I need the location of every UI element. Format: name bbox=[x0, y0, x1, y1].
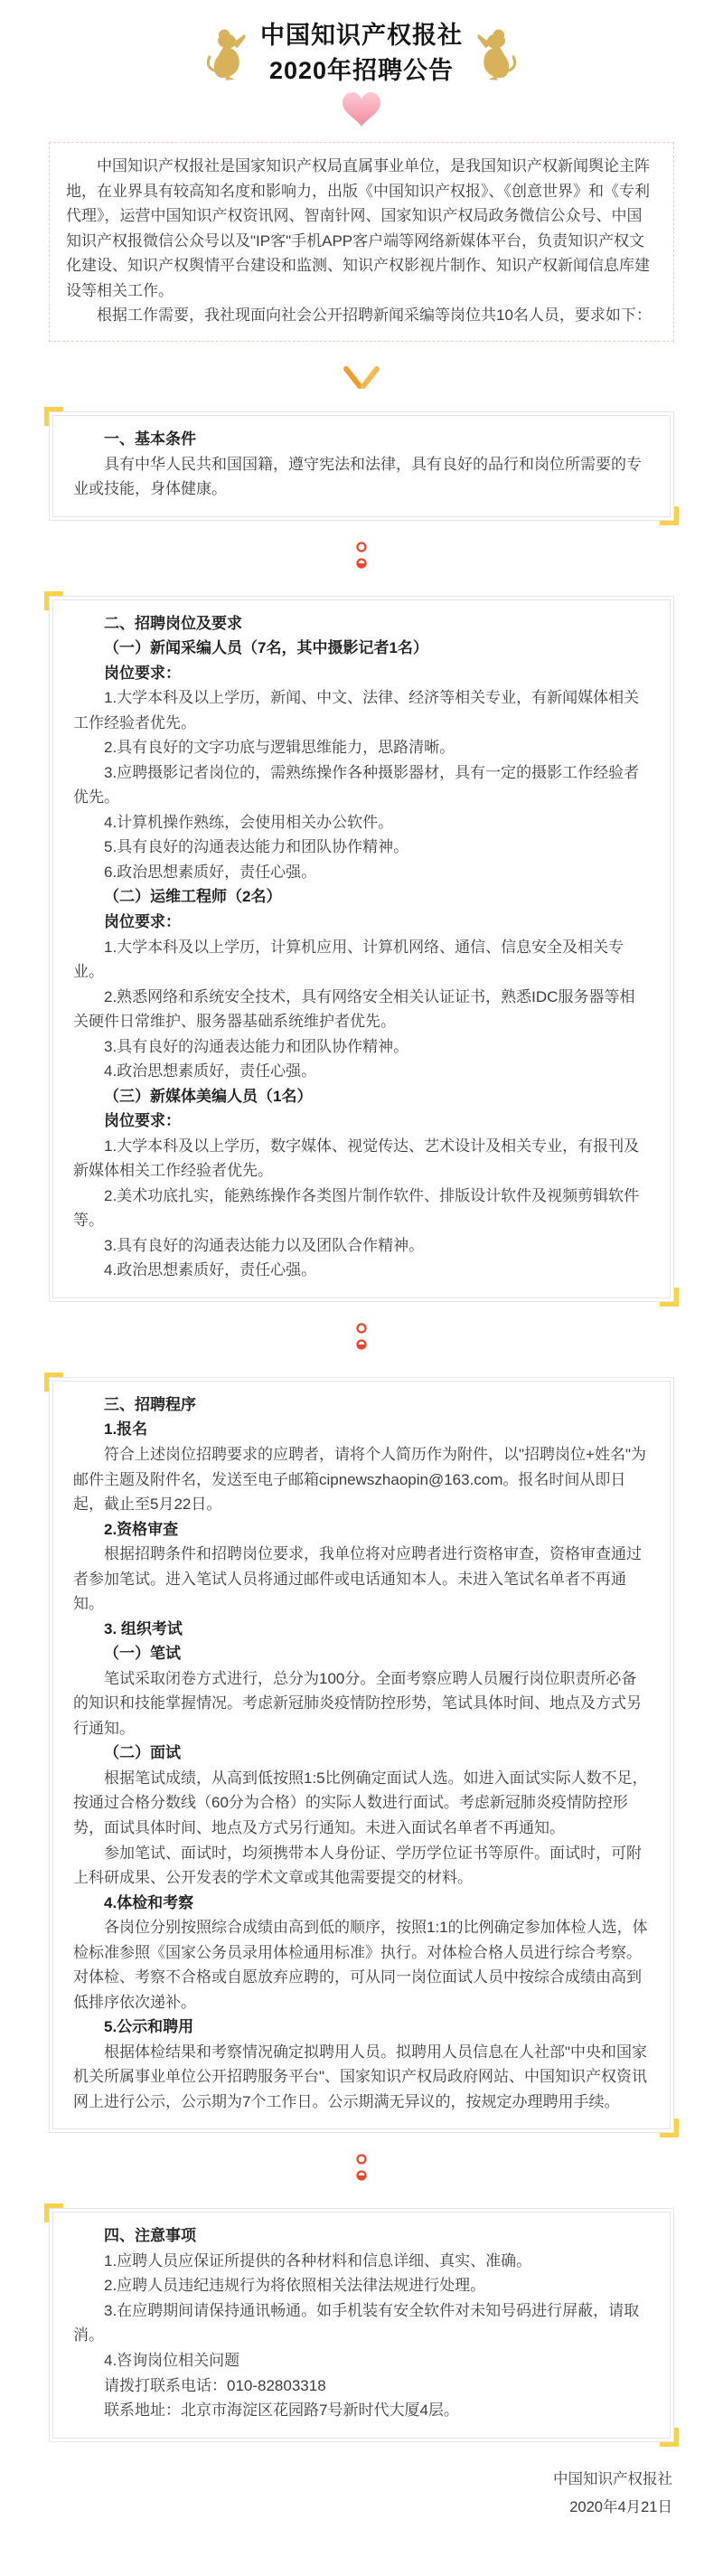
paragraph: 2.具有良好的文字功底与逻辑思维能力，思路清晰。 bbox=[73, 735, 650, 760]
section-positions-requirements: 二、招聘岗位及要求 （一）新闻采编人员（7名，其中摄影记者1名） 岗位要求： 1… bbox=[49, 596, 674, 1302]
paragraph: 2.美术功底扎实，能熟练操作各类图片制作软件、排版设计软件及视频剪辑软件等。 bbox=[73, 1184, 650, 1233]
section-title: 四、注意事项 bbox=[73, 2223, 650, 2249]
paragraph: 笔试采取闭卷方式进行，总分为100分。全面考察应聘人员履行岗位职责所必备的知识和… bbox=[73, 1666, 650, 1741]
gold-rat-icon-right bbox=[472, 26, 517, 80]
sub-heading: （一）笔试 bbox=[73, 1641, 650, 1666]
announcement-page: 中国知识产权报社 2020年招聘公告 bbox=[0, 0, 723, 2576]
title-line-2: 2020年招聘公告 bbox=[260, 53, 463, 89]
section-title: 一、基本条件 bbox=[73, 427, 650, 452]
header: 中国知识产权报社 2020年招聘公告 bbox=[49, 13, 674, 89]
paragraph: 1.应聘人员应保证所提供的各种材料和信息详细、真实、准确。 bbox=[73, 2249, 650, 2274]
page-title: 中国知识产权报社 2020年招聘公告 bbox=[260, 18, 463, 89]
paragraph: 3.具有良好的沟通表达能力以及团队合作精神。 bbox=[73, 1233, 650, 1259]
paragraph: 6.政治思想素质好，责任心强。 bbox=[73, 860, 650, 885]
paragraph: 4.咨询岗位相关问题 bbox=[73, 2348, 650, 2373]
section-notes: 四、注意事项 1.应聘人员应保证所提供的各种材料和信息详细、真实、准确。 2.应… bbox=[49, 2208, 674, 2441]
contact-address: 联系地址：北京市海淀区花园路7号新时代大厦4层。 bbox=[73, 2398, 650, 2423]
section-title: 三、招聘程序 bbox=[73, 1392, 650, 1418]
paragraph: 1.大学本科及以上学历，计算机应用、计算机网络、通信、信息安全及相关专业。 bbox=[73, 935, 650, 985]
intro-box: 中国知识产权报社是国家知识产权局直属事业单位，是我国知识产权新闻舆论主阵地，在业… bbox=[49, 142, 674, 342]
sub-heading: （二）运维工程师（2名） bbox=[73, 884, 650, 910]
sub-heading: 1.报名 bbox=[73, 1417, 650, 1442]
intro-paragraph: 中国知识产权报社是国家知识产权局直属事业单位，是我国知识产权新闻舆论主阵地，在业… bbox=[66, 154, 657, 303]
footer-org: 中国知识产权报社 bbox=[51, 2466, 672, 2494]
paragraph: 4.政治思想素质好，责任心强。 bbox=[73, 1059, 650, 1084]
chevron-down-icon bbox=[49, 363, 674, 399]
paragraph: 3.在应聘期间请保持通讯畅通。如手机装有安全软件对未知号码进行屏蔽，请取消。 bbox=[73, 2298, 650, 2348]
intro-paragraph: 根据工作需要，我社现面向社会公开招聘新闻采编等岗位共10名人员，要求如下： bbox=[66, 303, 657, 328]
section-basic-conditions: 一、基本条件 具有中华人民共和国国籍，遵守宪法和法律，具有良好的品行和岗位所需要… bbox=[49, 411, 674, 521]
sub-heading: 岗位要求： bbox=[73, 910, 650, 935]
paragraph: 3.应聘摄影记者岗位的，需熟练操作各种摄影器材，具有一定的摄影工作经验者优先。 bbox=[73, 760, 650, 810]
paragraph: 根据招聘条件和招聘岗位要求，我单位将对应聘者进行资格审查，资格审查通过者参加笔试… bbox=[73, 1542, 650, 1617]
paragraph: 各岗位分别按照综合成绩由高到低的顺序，按照1:1的比例确定参加体检人选，体检标准… bbox=[73, 1915, 650, 2015]
paragraph: 1.大学本科及以上学历，数字媒体、视觉传达、艺术设计及相关专业，有报刊及新媒体相… bbox=[73, 1134, 650, 1184]
paragraph: 1.大学本科及以上学历，新闻、中文、法律、经济等相关专业，有新闻媒体相关工作经验… bbox=[73, 685, 650, 735]
footer-date: 2020年4月21日 bbox=[51, 2494, 672, 2522]
heart-icon bbox=[49, 92, 674, 131]
sub-heading: 4.体检和考察 bbox=[73, 1891, 650, 1916]
paragraph: 4.计算机操作熟练，会使用相关办公软件。 bbox=[73, 810, 650, 835]
paragraph: 具有中华人民共和国国籍，遵守宪法和法律，具有良好的品行和岗位所需要的专业或技能，… bbox=[73, 452, 650, 502]
section-recruitment-procedure: 三、招聘程序 1.报名 符合上述岗位招聘要求的应聘者，请将个人简历作为附件，以"… bbox=[49, 1377, 674, 2133]
red-double-dot-separator-icon bbox=[49, 1322, 674, 1357]
paragraph: 参加笔试、面试时，均须携带本人身份证、学历学位证书等原件。面试时，可附上科研成果… bbox=[73, 1841, 650, 1891]
paragraph: 符合上述岗位招聘要求的应聘者，请将个人简历作为附件，以"招聘岗位+姓名"为邮件主… bbox=[73, 1442, 650, 1517]
paragraph: 根据体检结果和考察情况确定拟聘用人员。拟聘用人员信息在人社部"中央和国家机关所属… bbox=[73, 2040, 650, 2115]
title-line-1: 中国知识产权报社 bbox=[260, 18, 463, 53]
sub-heading: （三）新媒体美编人员（1名） bbox=[73, 1084, 650, 1109]
paragraph: 5.具有良好的沟通表达能力和团队协作精神。 bbox=[73, 835, 650, 860]
sub-heading: （二）面试 bbox=[73, 1741, 650, 1766]
footer-signature: 中国知识产权报社 2020年4月21日 bbox=[51, 2466, 672, 2523]
contact-phone: 请拨打联系电话：010-82803318 bbox=[73, 2373, 650, 2399]
paragraph: 根据笔试成绩，从高到低按照1:5比例确定面试人选。如进入面试实际人数不足，按通过… bbox=[73, 1766, 650, 1841]
paragraph: 3.具有良好的沟通表达能力和团队协作精神。 bbox=[73, 1034, 650, 1060]
sub-heading: 岗位要求： bbox=[73, 1109, 650, 1134]
sub-heading: 岗位要求： bbox=[73, 661, 650, 686]
gold-rat-icon-left bbox=[206, 26, 251, 80]
sub-heading: （一）新闻采编人员（7名，其中摄影记者1名） bbox=[73, 636, 650, 661]
red-double-dot-separator-icon bbox=[49, 2153, 674, 2188]
sub-heading: 2.资格审查 bbox=[73, 1517, 650, 1543]
section-title: 二、招聘岗位及要求 bbox=[73, 611, 650, 637]
paragraph: 2.应聘人员违纪违规行为将依照相关法律法规进行处理。 bbox=[73, 2273, 650, 2298]
red-double-dot-separator-icon bbox=[49, 541, 674, 576]
sub-heading: 3. 组织考试 bbox=[73, 1617, 650, 1642]
paragraph: 4.政治思想素质好，责任心强。 bbox=[73, 1258, 650, 1283]
sub-heading: 5.公示和聘用 bbox=[73, 2015, 650, 2040]
paragraph: 2.熟悉网络和系统安全技术，具有网络安全相关认证证书，熟悉IDC服务器等相关硬件… bbox=[73, 985, 650, 1034]
